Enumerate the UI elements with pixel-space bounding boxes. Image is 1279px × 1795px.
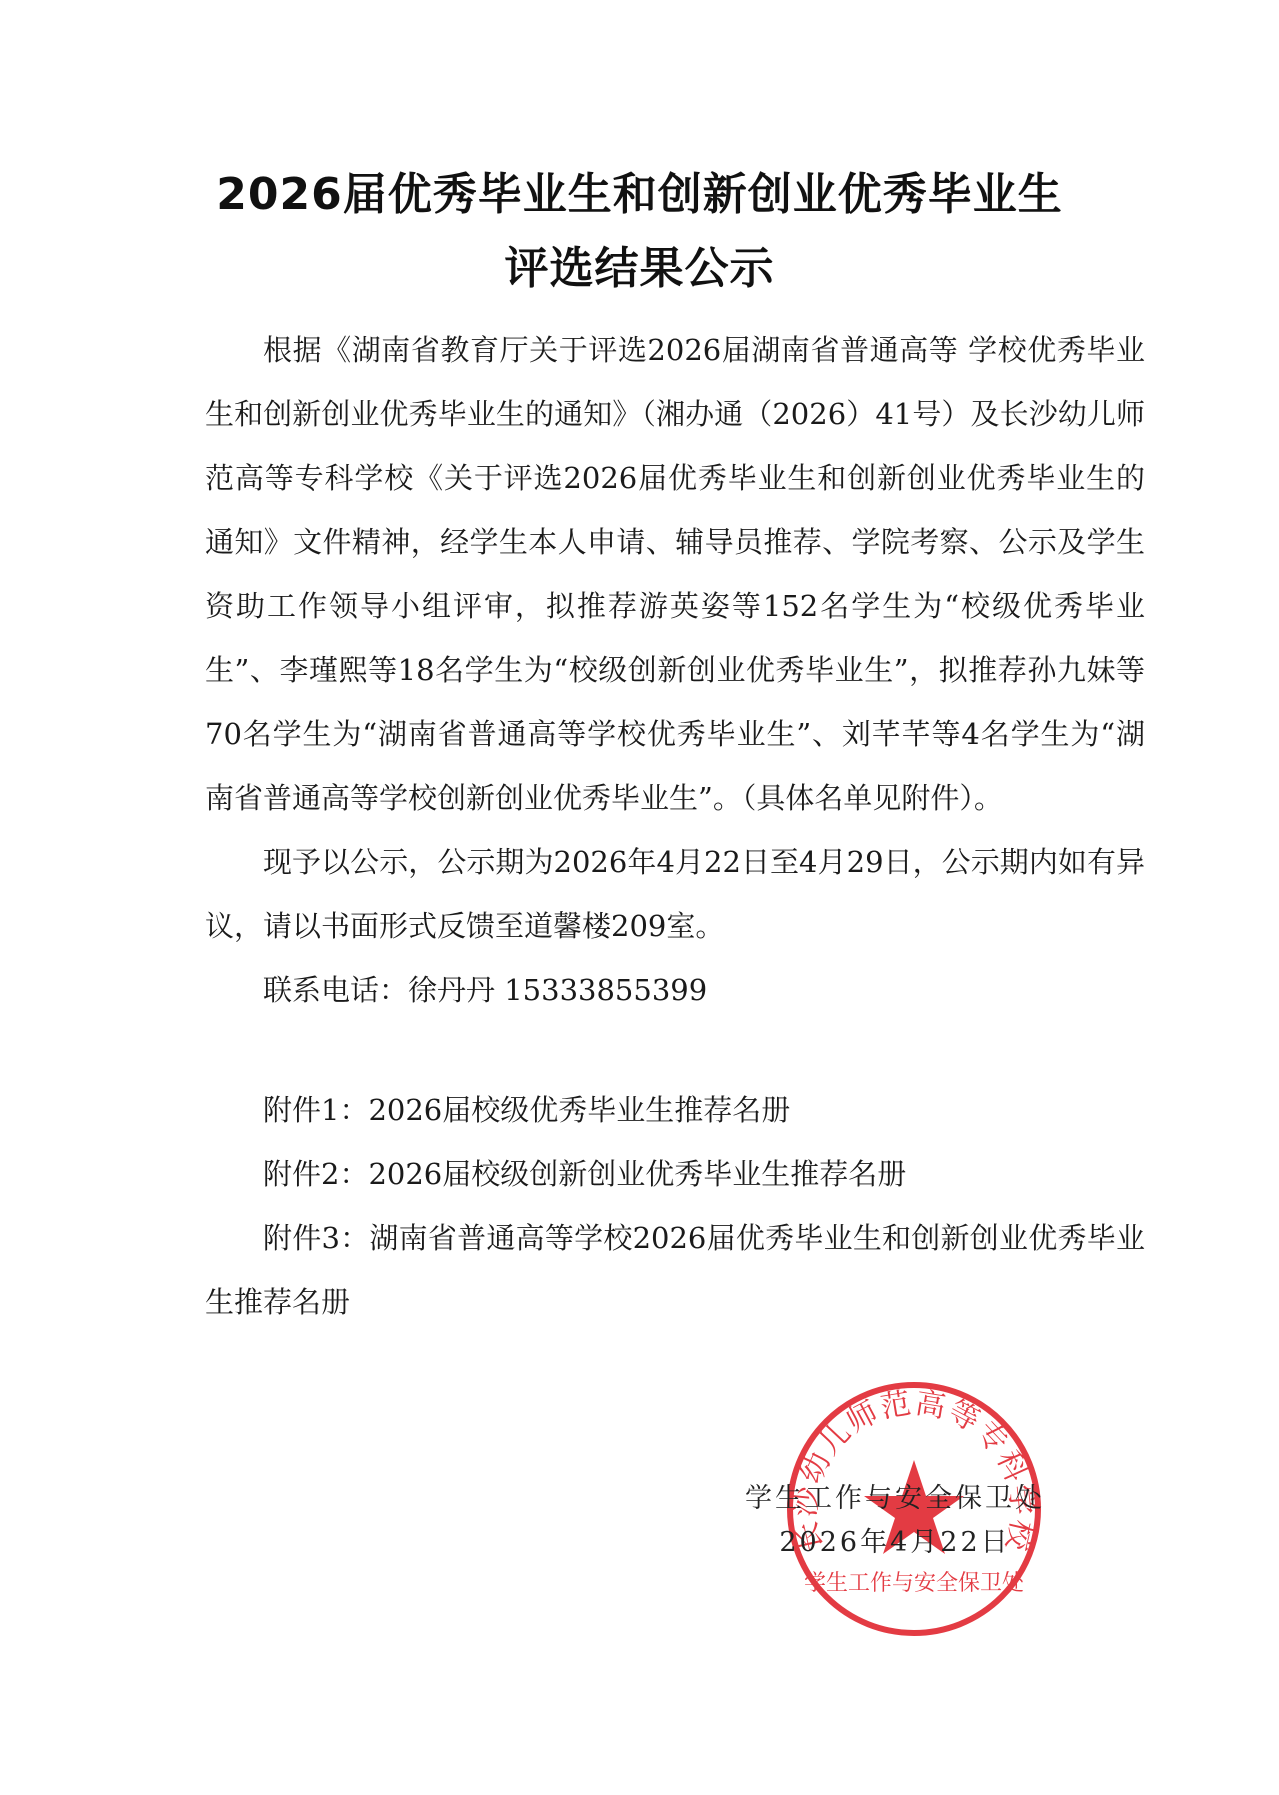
document-subtitle: 评选结果公示 bbox=[0, 232, 1279, 296]
signature-date: 2026年4月22日 bbox=[745, 1520, 1045, 1559]
document-title: 2026届优秀毕业生和创新创业优秀毕业生 bbox=[0, 158, 1279, 222]
document-body: 根据《湖南省教育厅关于评选2026届湖南省普通高等 学校优秀毕业生和创新创业优秀… bbox=[205, 318, 1145, 1334]
paragraph-contact: 联系电话：徐丹丹 15333855399 bbox=[205, 958, 1145, 1022]
spacer bbox=[205, 1022, 1145, 1078]
attachment-2: 附件2：2026届校级创新创业优秀毕业生推荐名册 bbox=[205, 1142, 1145, 1206]
signature-department: 学生工作与安全保卫处 bbox=[745, 1476, 1045, 1515]
seal-inner-text: 学生工作与安全保卫处 bbox=[804, 1571, 1024, 1596]
paragraph-notice-period: 现予以公示，公示期为2026年4月22日至4月29日，公示期内如有异议，请以书面… bbox=[205, 830, 1145, 958]
attachment-3: 附件3：湖南省普通高等学校2026届优秀毕业生和创新创业优秀毕业生推荐名册 bbox=[205, 1206, 1145, 1334]
paragraph-basis: 根据《湖南省教育厅关于评选2026届湖南省普通高等 学校优秀毕业生和创新创业优秀… bbox=[205, 318, 1145, 830]
attachment-1: 附件1：2026届校级优秀毕业生推荐名册 bbox=[205, 1078, 1145, 1142]
